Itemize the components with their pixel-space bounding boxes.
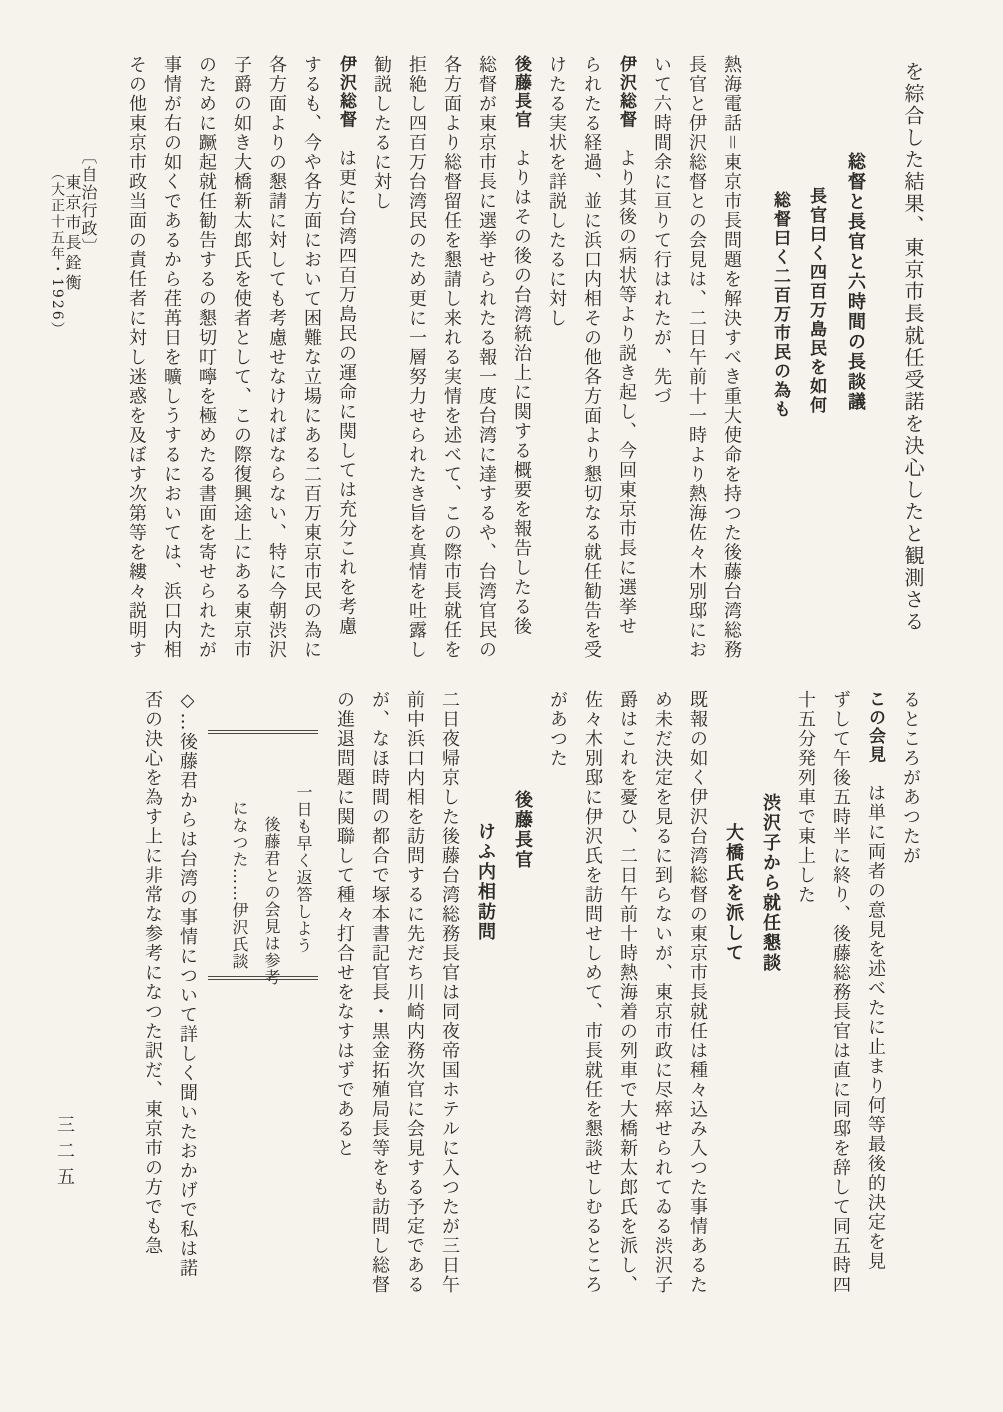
body-column: 長官と伊沢総督との会見は、二日午前十一時より熱海佐々木別邸にお bbox=[670, 55, 705, 660]
body-column: 各方面よりの懇請に対しても考慮せなければならない、特に今朝渋沢 bbox=[250, 55, 285, 660]
body-column: があつた bbox=[531, 690, 566, 768]
body-column: られたる経過、並に浜口内相その他各方面より懇切なる就任勧告を受 bbox=[565, 55, 600, 660]
article-title: 東京市長銓衡 bbox=[64, 174, 80, 338]
body-column: 後藤長官 よりはその後の台湾統治上に関する概要を報告したる後 bbox=[495, 55, 530, 636]
section-subheading: けふ内相訪問 bbox=[458, 822, 494, 942]
body-column: その他東京市政当面の責任者に対し迷惑を及ぼす次第等を縷々説明す bbox=[110, 55, 145, 660]
body-column: 爵はこれを憂ひ、二日午前十時熱海着の列車で大橋新太郎氏を派し、 bbox=[601, 690, 636, 1295]
body-text: よりはその後の台湾統治上に関する概要を報告したる後 bbox=[511, 129, 532, 636]
subheadline-2: 長官曰く四百万島民を如何 bbox=[788, 187, 824, 415]
body-column: 伊沢総督 は更に台湾四百万島民の運命に関しては充分これを考慮 bbox=[320, 55, 355, 636]
body-column: るところがあつたが bbox=[884, 690, 919, 866]
body-column: 各方面より総督留任を懇請し来れる実情を述べて、この際市長就任を bbox=[425, 55, 460, 660]
subheadline-1: 総督と長官と六時間の長談議 bbox=[824, 152, 864, 412]
body-column: 既報の如く伊沢台湾総督の東京市長就任は種々込み入つた事情あるた bbox=[671, 690, 706, 1295]
body-text: は更に台湾四百万島民の運命に関しては充分これを考慮 bbox=[336, 129, 357, 636]
category-label: 〔自治行政〕 bbox=[80, 148, 96, 338]
article-date: （大正十五年・1926） bbox=[50, 166, 64, 338]
body-column: 総督が東京市長に選挙せられたる報一度台湾に達するや、台湾官民の bbox=[460, 55, 495, 660]
body-column: め未だ決定を見るに到らないが、東京市政に尽瘁せられてゐる渋沢子 bbox=[636, 690, 671, 1295]
body-column: 勧説したるに対し bbox=[355, 55, 390, 211]
speaker-lead: 伊沢総督 bbox=[616, 55, 636, 129]
body-text: より其後の病状等より説き起し、今回東京市長に選挙せ bbox=[616, 129, 637, 636]
page-number: 三二五 bbox=[55, 1115, 73, 1193]
body-column: 佐々木別邸に伊沢氏を訪問せしめて、市長就任を懇談せしむるところ bbox=[566, 690, 601, 1295]
body-column: けたる実状を詳説したるに対し bbox=[530, 55, 565, 328]
body-column: 伊沢総督 より其後の病状等より説き起し、今回東京市長に選挙せ bbox=[600, 55, 635, 636]
body-column: 二日夜帰京した後藤台湾総務長官は同夜帝国ホテルに入つたが三日午 bbox=[423, 690, 458, 1295]
article-top: を綜合した結果、東京市長就任受諾を決心したと観測さる 総督と長官と六時間の長談議… bbox=[110, 55, 923, 675]
scanned-document-page: を綜合した結果、東京市長就任受諾を決心したと観測さる 総督と長官と六時間の長談議… bbox=[0, 0, 1003, 1412]
speaker-lead: 後藤長官 bbox=[511, 55, 531, 129]
quote-block: 一日も早く返答しよう 後藤君との会見は参考 になつた……伊沢氏談 bbox=[208, 730, 318, 980]
section-subheading: 大橋氏を派して bbox=[706, 823, 742, 963]
article-bottom: るところがあつたが この会見 は単に両者の意見を述べたに止まり何等最後的決定を見… bbox=[126, 690, 919, 1350]
quote-attribution: になつた……伊沢氏談 bbox=[215, 800, 247, 970]
quote-line: 一日も早く返答しよう bbox=[279, 784, 311, 954]
section-heading: 後藤長官 bbox=[494, 790, 531, 870]
subheadline-3: 総督曰く二百万市民の為も bbox=[750, 191, 788, 419]
speaker-lead: この会見 bbox=[865, 690, 885, 764]
body-column: 前中浜口内相を訪問するに先だち川崎内務次官に会見する予定である bbox=[388, 690, 423, 1295]
speaker-lead: 伊沢総督 bbox=[336, 55, 356, 129]
body-column: 熱海電話＝東京市長問題を解決すべき重大使命を持つた後藤台湾総務 bbox=[705, 55, 740, 660]
body-column: 拒絶し四百万台湾民のため更に一層努力せられたき旨を真情を吐露し bbox=[390, 55, 425, 660]
body-column: いて六時間余に亘りて行はれたが、先づ bbox=[635, 55, 670, 406]
body-column: ずして午後五時半に終り、後藤総務長官は直に同邸を辞して同五時四 bbox=[814, 690, 849, 1295]
headline: を綜合した結果、東京市長就任受諾を決心したと観測さる bbox=[876, 61, 923, 633]
body-column: の進退問題に関聯して種々打合せをなすはずであると bbox=[318, 690, 353, 1158]
margin-running-title: 〔自治行政〕 東京市長銓衡 （大正十五年・1926） bbox=[50, 148, 96, 338]
body-column: ◇…後藤君からは台湾の事情について詳しく聞いたおかげで私は諾 bbox=[161, 690, 196, 1278]
body-column: が、なほ時間の都合で塚本書記官長・黒金拓殖局長等をも訪問し総督 bbox=[353, 690, 388, 1295]
body-column: のために蹶起就任勧告するの懇切叮嚀を極めたる書面を寄せられたが bbox=[180, 55, 215, 660]
body-text: は単に両者の意見を述べたに止まり何等最後的決定を見 bbox=[865, 764, 886, 1271]
body-column: 子爵の如き大橋新太郎氏を使者として、この際復興途上にある東京市 bbox=[215, 55, 250, 660]
section-heading: 渋沢子から就任懇談 bbox=[742, 793, 779, 973]
body-column: するも、今や各方面において困難な立場にある二百万東京市民の為に bbox=[285, 55, 320, 660]
body-column: この会見 は単に両者の意見を述べたに止まり何等最後的決定を見 bbox=[849, 690, 884, 1271]
quote-line: 後藤君との会見は参考 bbox=[247, 816, 279, 986]
body-column: 否の決心を為す上に非常な参考になつた訳だ、東京市の方でも急 bbox=[126, 690, 161, 1256]
body-column: 事情が右の如くであるから荏苒日を曠しうするにおいては、浜口内相 bbox=[145, 55, 180, 660]
body-column: 十五分発列車で東上した bbox=[779, 690, 814, 905]
